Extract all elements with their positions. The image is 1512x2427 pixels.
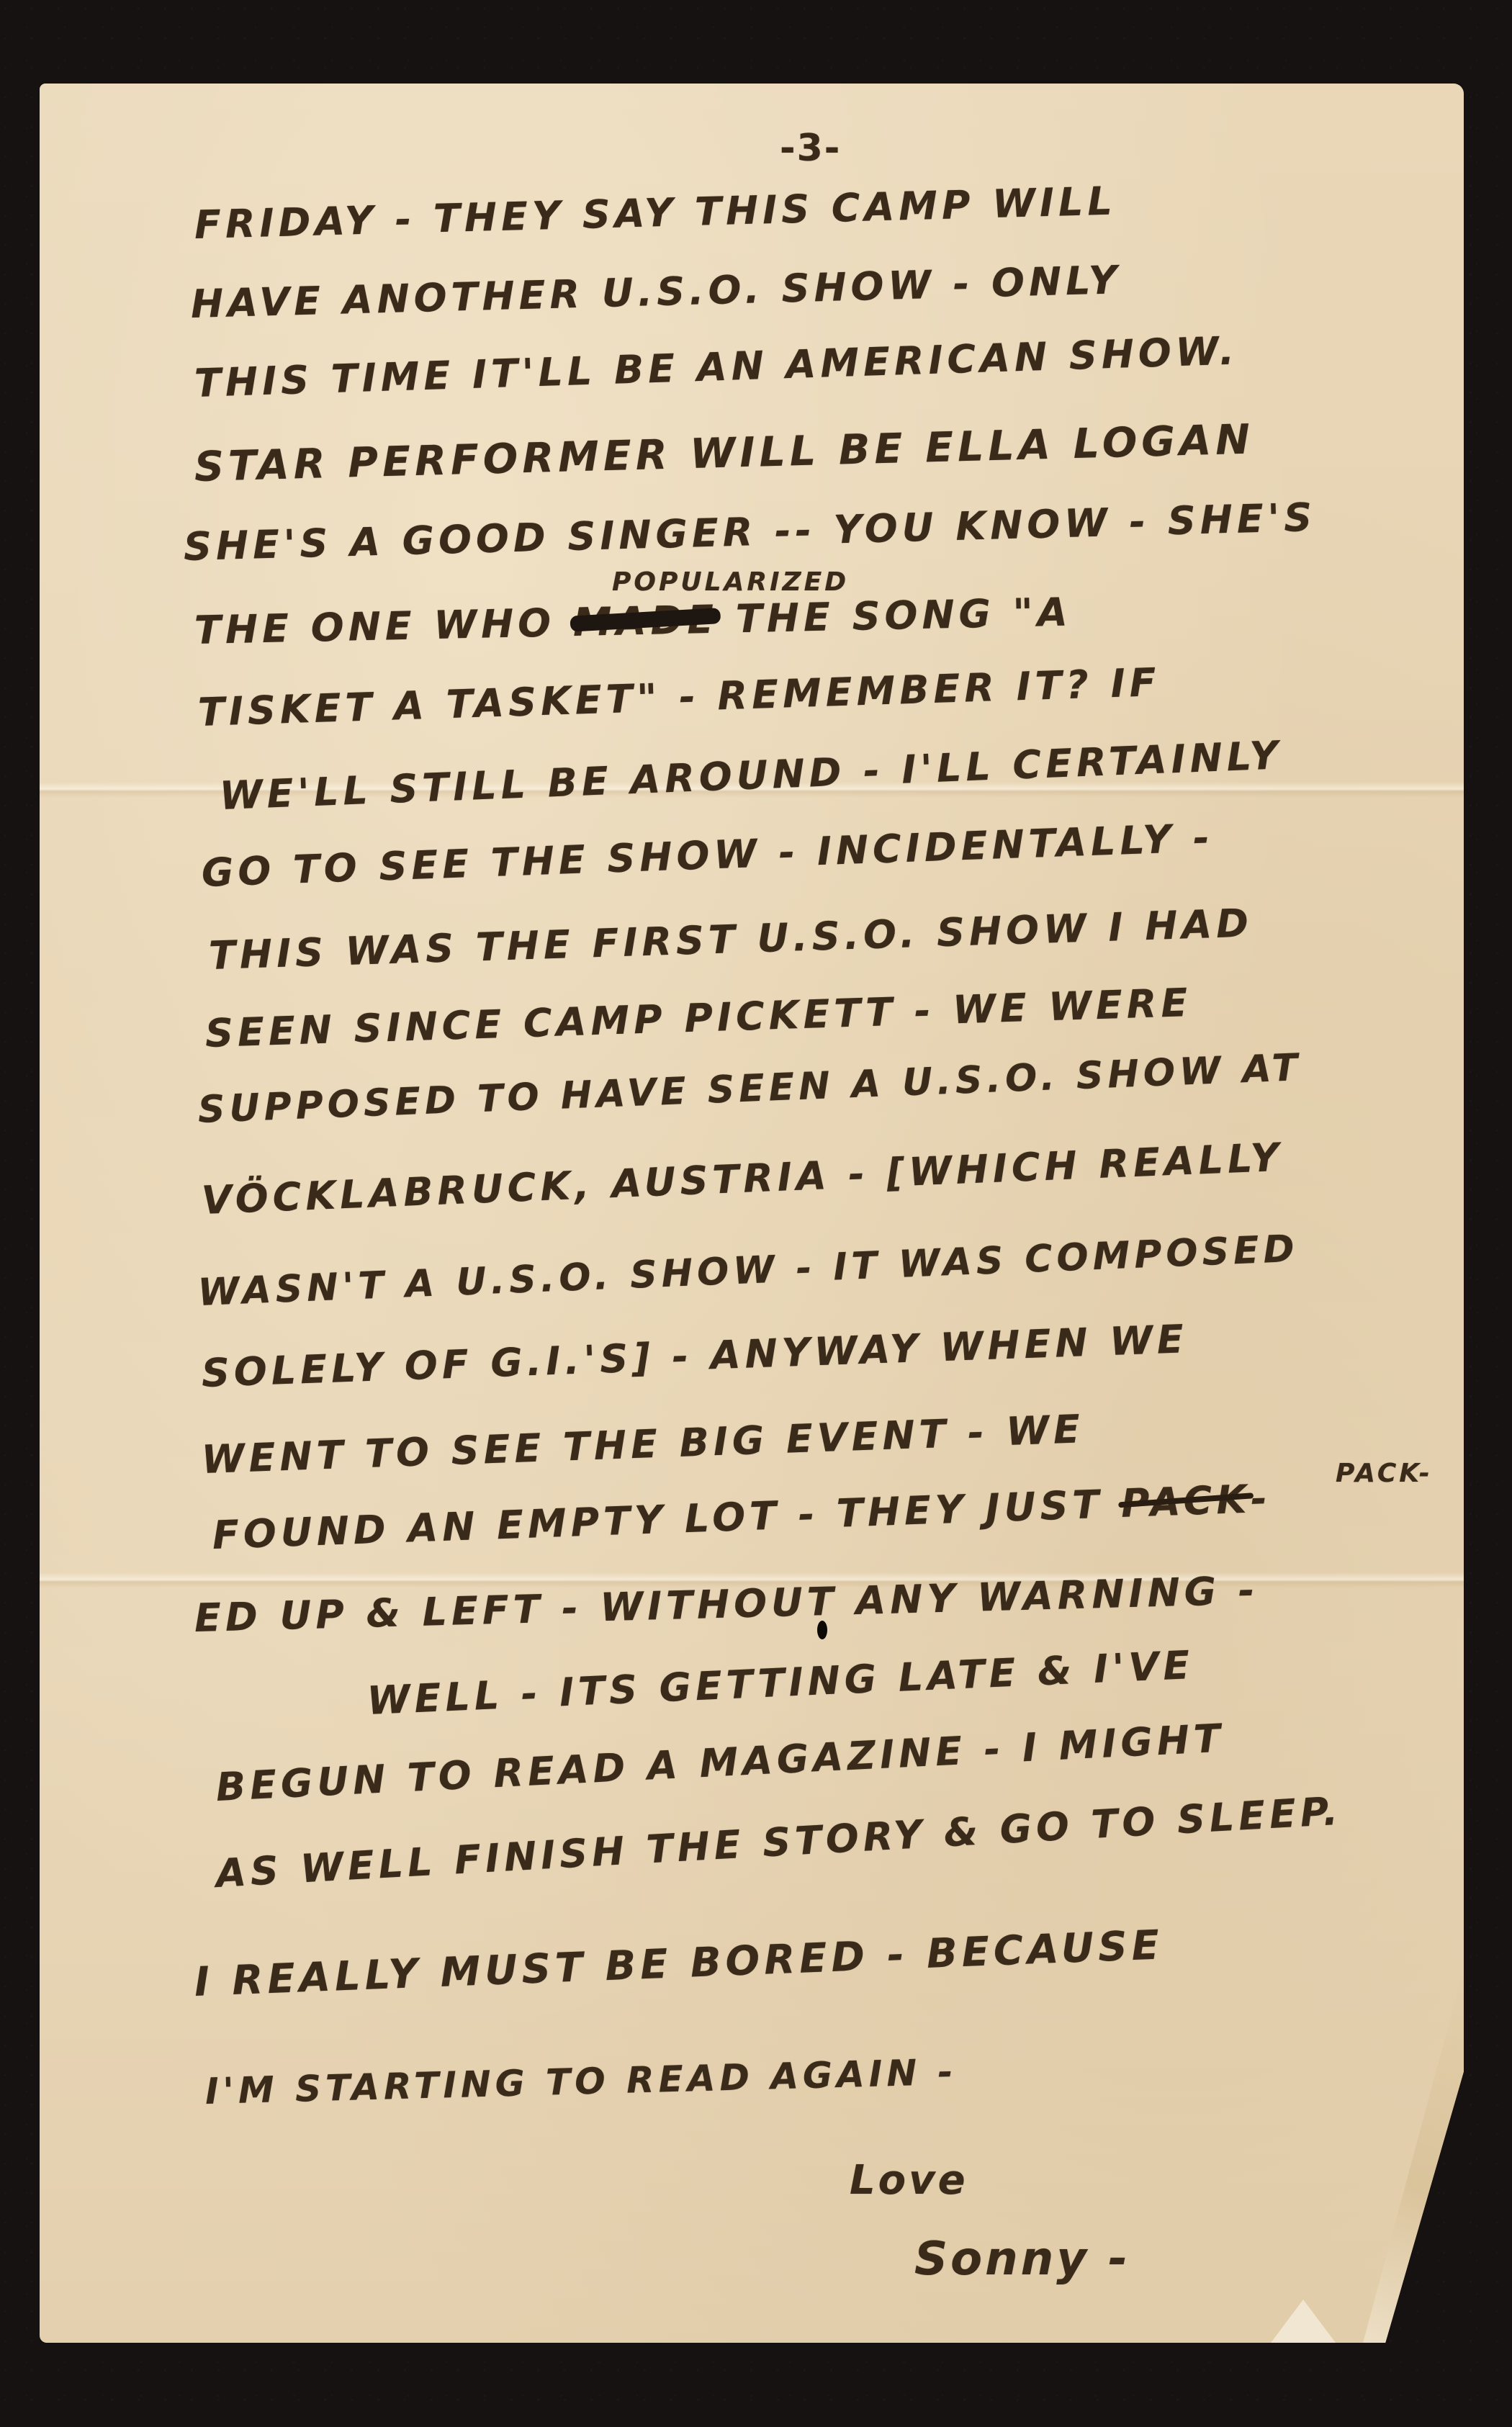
letter-line-17: FOUND AN EMPTY LOT - THEY JUST PACK- xyxy=(212,1476,1272,1558)
letter-line-5: SHE'S A GOOD SINGER -- YOU KNOW - SHE'S xyxy=(183,495,1317,569)
letter-line-6: THE ONE WHO MADE THE SONG "A xyxy=(194,589,1072,653)
letter-line-2: HAVE ANOTHER U.S.O. SHOW - ONLY xyxy=(190,257,1122,327)
letter-line-11: SEEN SINCE CAMP PICKETT - WE WERE xyxy=(204,980,1192,1056)
letter-line-1: FRIDAY - THEY SAY THIS CAMP WILL xyxy=(194,178,1117,248)
line-17-start: FOUND AN EMPTY LOT - THEY JUST xyxy=(212,1482,1104,1558)
letter-page: -3- FRIDAY - THEY SAY THIS CAMP WILL HAV… xyxy=(40,84,1464,2343)
letter-line-3: THIS TIME IT'LL BE AN AMERICAN SHOW. xyxy=(194,328,1239,406)
letter-line-15: SOLELY OF G.I.'S] - ANYWAY WHEN WE xyxy=(201,1316,1189,1396)
letter-line-16: WENT TO SEE THE BIG EVENT - WE xyxy=(201,1406,1085,1482)
struck-word-pack: PACK xyxy=(1120,1477,1251,1526)
letter-line-20: BEGUN TO READ A MAGAZINE - I MIGHT xyxy=(215,1716,1225,1810)
signature: Sonny - xyxy=(914,2233,1130,2286)
letter-line-23: I'M STARTING TO READ AGAIN - xyxy=(204,2051,958,2112)
letter-line-8: WE'LL STILL BE AROUND - I'LL CERTAINLY xyxy=(219,732,1283,819)
letter-line-13: VÖCKLABRUCK, AUSTRIA - [WHICH REALLY xyxy=(201,1135,1284,1223)
letter-line-22: I REALLY MUST BE BORED - BECAUSE xyxy=(194,1922,1164,2006)
line-17-end: - xyxy=(1250,1476,1272,1522)
letter-line-21: AS WELL FINISH THE STORY & GO TO SLEEP. xyxy=(215,1788,1343,1896)
letter-line-7: TISKET A TASKET" - REMEMBER IT? IF xyxy=(197,659,1161,735)
inserted-word-pack: PACK- xyxy=(1336,1459,1433,1488)
letter-line-10: THIS WAS THE FIRST U.S.O. SHOW I HAD xyxy=(208,900,1254,978)
letter-line-9: GO TO SEE THE SHOW - INCIDENTALLY - xyxy=(201,815,1215,896)
page-number: -3- xyxy=(780,127,841,170)
letter-line-19: WELL - ITS GETTING LATE & I'VE xyxy=(366,1642,1195,1724)
torn-edge xyxy=(1271,2300,1336,2343)
struck-word-made: MADE xyxy=(572,597,719,645)
letter-line-12: SUPPOSED TO HAVE SEEN A U.S.O. SHOW AT xyxy=(197,1046,1302,1132)
line-6-end: THE SONG "A xyxy=(735,589,1072,641)
ink-blot xyxy=(817,1621,827,1639)
inserted-word-popularized: POPULARIZED xyxy=(612,567,849,597)
letter-line-14: WASN'T A U.S.O. SHOW - IT WAS COMPOSED xyxy=(197,1228,1300,1315)
line-6-start: THE ONE WHO xyxy=(194,600,555,653)
letter-line-4: STAR PERFORMER WILL BE ELLA LOGAN xyxy=(194,415,1255,491)
closing-love: Love xyxy=(850,2157,968,2204)
